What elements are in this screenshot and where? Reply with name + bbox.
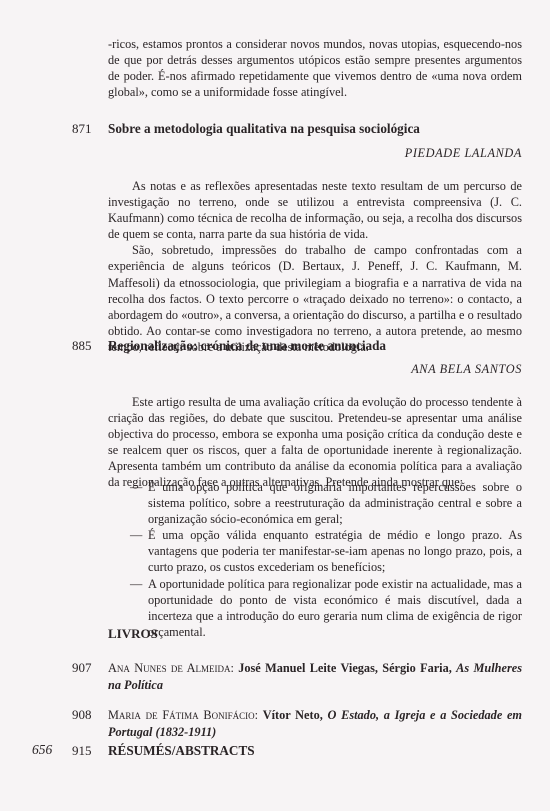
review-entry: Ana Nunes de Almeida: José Manuel Leite … bbox=[108, 660, 522, 693]
article-page-number: 871 bbox=[72, 121, 92, 137]
article-abstract: Este artigo resulta de uma avaliação crí… bbox=[108, 394, 522, 491]
dash-marker: — bbox=[130, 576, 142, 592]
book-authors: José Manuel Leite Viegas, Sérgio Faria, bbox=[238, 661, 452, 675]
page-number: 656 bbox=[32, 742, 52, 758]
bullet-text: É uma opção válida enquanto estratégia d… bbox=[148, 528, 522, 574]
article-page-number: 885 bbox=[72, 338, 92, 354]
book-authors: Vítor Neto, bbox=[263, 708, 323, 722]
abstracts-page-number: 915 bbox=[72, 743, 92, 759]
article-author: ANA BELA SANTOS bbox=[411, 362, 522, 377]
intro-text-block: -ricos, estamos prontos a considerar nov… bbox=[108, 36, 522, 100]
abstract-paragraph: Este artigo resulta de uma avaliação crí… bbox=[108, 394, 522, 491]
review-entry: Maria de Fátima Bonifácio: Vítor Neto, O… bbox=[108, 707, 522, 740]
article-title: Sobre a metodologia qualitativa na pesqu… bbox=[108, 121, 420, 137]
review-page-number: 908 bbox=[72, 707, 92, 723]
bullet-list: — É uma opção política que originaria im… bbox=[130, 479, 522, 640]
reviewer-name: Ana Nunes de Almeida: bbox=[108, 661, 234, 675]
dash-marker: — bbox=[130, 479, 142, 495]
review-page-number: 907 bbox=[72, 660, 92, 676]
book-page: -ricos, estamos prontos a considerar nov… bbox=[0, 0, 550, 811]
bullet-item: — A oportunidade política para regionali… bbox=[130, 576, 522, 640]
article-abstract: As notas e as reflexões apresentadas nes… bbox=[108, 178, 522, 355]
bullet-text: A oportunidade política para regionaliza… bbox=[148, 577, 522, 639]
abstract-paragraph: As notas e as reflexões apresentadas nes… bbox=[108, 178, 522, 242]
bullet-item: — É uma opção válida enquanto estratégia… bbox=[130, 527, 522, 575]
section-heading-livros: LIVROS bbox=[108, 626, 158, 642]
abstracts-title: RÉSUMÉS/ABSTRACTS bbox=[108, 743, 255, 759]
bullet-text: É uma opção política que originaria impo… bbox=[148, 480, 522, 526]
reviewer-name: Maria de Fátima Bonifácio: bbox=[108, 708, 258, 722]
intro-paragraph: -ricos, estamos prontos a considerar nov… bbox=[108, 36, 522, 100]
bullet-item: — É uma opção política que originaria im… bbox=[130, 479, 522, 527]
article-author: PIEDADE LALANDA bbox=[405, 146, 522, 161]
article-title: Regionalização: crónica de uma morte anu… bbox=[108, 338, 386, 354]
dash-marker: — bbox=[130, 527, 142, 543]
